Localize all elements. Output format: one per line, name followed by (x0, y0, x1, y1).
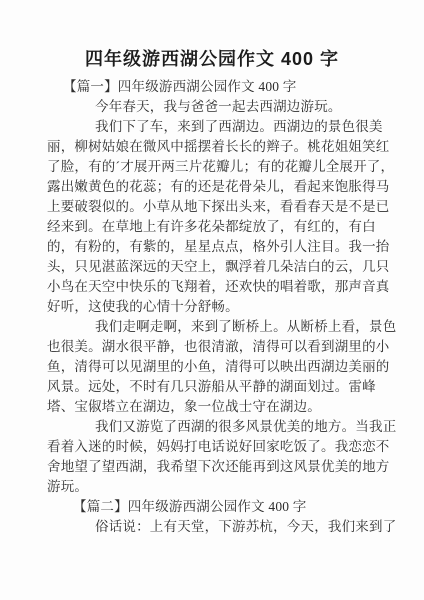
text-line: 塔、宝俶塔立在湖边，象一位战士守在湖边。 (47, 397, 394, 417)
text-line: 我们又游览了西湖的很多风景优美的地方。当我正 (47, 417, 394, 437)
text-line: 好听，这使我的心情十分舒畅。 (47, 297, 394, 317)
text-line: 【篇一】四年级游西湖公园作文 400 字 (47, 77, 394, 97)
text-line: 俗话说：上有天堂，下游苏杭，今天，我们来到了 (47, 517, 394, 537)
text-line: 舍地望了望西湖，我希望下次还能再到这风景优美的地方 (47, 457, 394, 477)
text-line: 的，有粉的，有紫的，星星点点，格外引人注目。我一抬 (47, 237, 394, 257)
document-page: 四年级游西湖公园作文 400 字 【篇一】四年级游西湖公园作文 400 字今年春… (0, 0, 424, 600)
essay-body: 【篇一】四年级游西湖公园作文 400 字今年春天，我与爸爸一起去西湖边游玩。我们… (0, 77, 424, 537)
text-line: 我们下了车，来到了西湖边。西湖边的景色很美 (47, 117, 394, 137)
text-line: 经来到。在草地上有许多花朵都绽放了，有红的，有白 (47, 217, 394, 237)
text-line: 丽，柳树姑娘在微风中摇摆着长长的辫子。桃花姐姐笑红 (47, 137, 394, 157)
text-line: 风景。远处，不时有几只游船从平静的湖面划过。雷峰 (47, 377, 394, 397)
text-line: 小鸟在天空中快乐的飞翔着，还欢快的唱着歌，那声音真 (47, 277, 394, 297)
text-line: 头，只见湛蓝深远的天空上，飘浮着几朵洁白的云，几只 (47, 257, 394, 277)
text-line: 也很美。湖水很平静，也很清澈，清得可以看到湖里的小 (47, 337, 394, 357)
text-line: 【篇二】四年级游西湖公园作文 400 字 (47, 497, 394, 517)
text-line: 我们走啊走啊，来到了断桥上。从断桥上看，景色 (47, 317, 394, 337)
text-line: 上要破裂似的。小草从地下探出头来，看看春天是不是已 (47, 197, 394, 217)
text-line: 游玩。 (47, 477, 394, 497)
text-line: 露出嫩黄色的花蕊；有的还是花骨朵儿，看起来饱胀得马 (47, 177, 394, 197)
text-line: 今年春天，我与爸爸一起去西湖边游玩。 (47, 97, 394, 117)
text-line: 看着入迷的时候，妈妈打电话说好回家吃饭了。我恋恋不 (47, 437, 394, 457)
text-line: 鱼，清得可以见湖里的小鱼，清得可以映出西湖边美丽的 (47, 357, 394, 377)
text-line: 了脸，有的ˊ才展开两三片花瓣儿；有的花瓣儿全展开了， (47, 157, 394, 177)
page-title: 四年级游西湖公园作文 400 字 (0, 0, 424, 71)
